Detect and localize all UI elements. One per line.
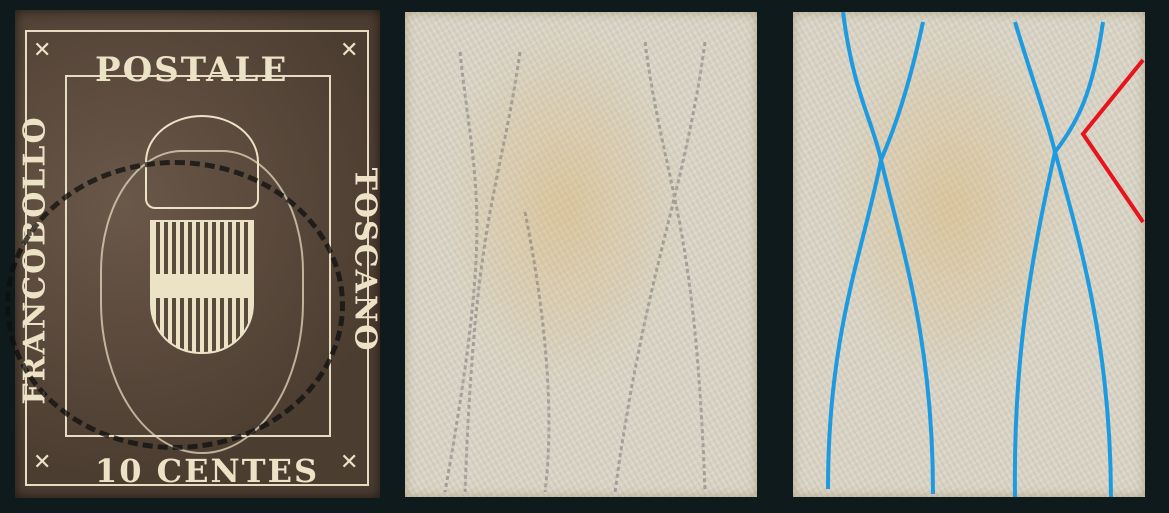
corner-cross-icon: ✕ — [33, 38, 51, 63]
annotation-overlay — [793, 12, 1145, 497]
corner-cross-icon: ✕ — [340, 450, 358, 475]
stamp-back — [405, 12, 757, 497]
stamp-front: ✕ ✕ ✕ ✕ POSTALE 10 CENTES FRANCOBOLLO TO… — [15, 10, 380, 498]
corner-cross-icon: ✕ — [33, 450, 51, 475]
corner-cross-icon: ✕ — [340, 38, 358, 63]
stamp-bottom-text: 10 CENTES — [95, 452, 319, 490]
stamp-top-text: POSTALE — [95, 50, 288, 90]
blue-watermark-lines — [828, 12, 1111, 497]
watermark-lines — [405, 12, 757, 497]
postmark-cancel — [5, 160, 345, 450]
stamp-back-annotated — [793, 12, 1145, 497]
stamp-right-text: TOSCANO — [348, 168, 383, 353]
stamp-front-panel: ✕ ✕ ✕ ✕ POSTALE 10 CENTES FRANCOBOLLO TO… — [0, 0, 390, 513]
